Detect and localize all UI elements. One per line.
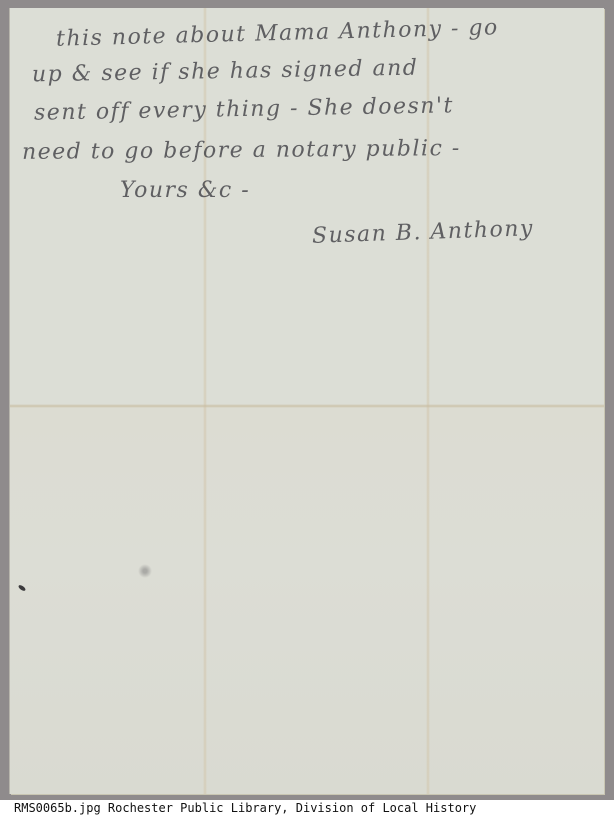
handwriting-line-2: up & see if she has signed and bbox=[32, 56, 419, 88]
handwriting-line-1: this note about Mama Anthony - go bbox=[56, 15, 499, 52]
signature: Susan B. Anthony bbox=[312, 216, 535, 249]
handwritten-text: this note about Mama Anthony - go up & s… bbox=[10, 8, 604, 794]
caption-bar: RMS0065b.jpg Rochester Public Library, D… bbox=[0, 800, 614, 819]
scan-background: this note about Mama Anthony - go up & s… bbox=[0, 0, 614, 800]
handwriting-line-4: need to go before a notary public - bbox=[22, 136, 461, 165]
paper-speckle bbox=[138, 564, 152, 578]
letter-page: this note about Mama Anthony - go up & s… bbox=[10, 8, 604, 794]
caption-text: RMS0065b.jpg Rochester Public Library, D… bbox=[14, 801, 476, 815]
letter-closing: Yours &c - bbox=[120, 178, 250, 203]
handwriting-line-3: sent off every thing - She doesn't bbox=[34, 93, 454, 125]
